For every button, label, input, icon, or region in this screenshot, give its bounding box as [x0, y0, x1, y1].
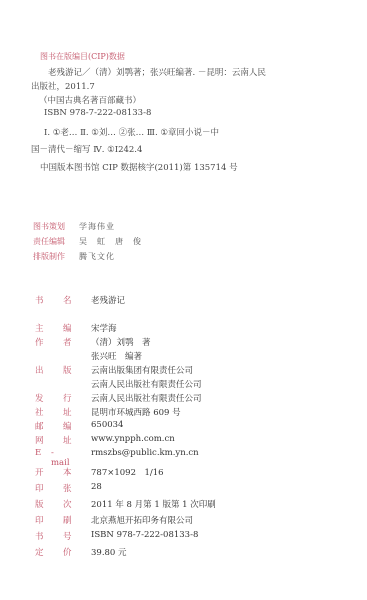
info-value: rmszbs@public.km.yn.cn	[91, 448, 199, 458]
info-value: ISBN 978-7-222-08133-8	[91, 530, 198, 540]
info-key: 价	[63, 546, 72, 558]
info-value: 宋学海	[91, 322, 117, 334]
cip-line: 中国版本图书馆 CIP 数据核字(2011)第 135714 号	[40, 161, 238, 173]
cip-line: 老残游记／（清）刘鹗著；张兴旺编著. －昆明：云南人民	[48, 66, 266, 78]
info-key: 编	[63, 322, 72, 334]
info-value: 28	[91, 482, 102, 492]
cip-line: 出版社，2011.7	[31, 80, 95, 92]
credit-row: 排版制作腾飞文化	[33, 251, 115, 262]
info-key: 网	[35, 434, 44, 446]
info-value: 787×1092 1/16	[91, 466, 164, 478]
credit-row: 图书策划学海伟业	[33, 221, 115, 232]
info-value: 张兴旺 编著	[91, 350, 142, 362]
info-key: 开	[35, 466, 44, 478]
credit-value: 腾飞文化	[79, 252, 115, 261]
credit-value: 学海伟业	[79, 222, 115, 231]
info-key: 社	[35, 406, 44, 418]
cip-title: 图书在版编目(CIP)数据	[40, 51, 125, 62]
credit-label: 责任编辑	[33, 236, 79, 247]
info-value: 650034	[91, 420, 123, 430]
info-value: 老残游记	[91, 294, 125, 306]
info-key: 主	[35, 322, 44, 334]
info-key: 定	[35, 546, 44, 558]
info-key: 名	[63, 294, 72, 306]
cip-line: Ⅰ. ①老… Ⅱ. ①刘… ②张… Ⅲ. ①章回小说－中	[44, 126, 219, 138]
info-key: - mail	[51, 448, 70, 468]
cip-line: 国－清代－缩写 Ⅳ. ①I242.4	[31, 143, 142, 155]
info-key: E	[35, 448, 41, 458]
info-value: 昆明市环城西路 609 号	[91, 406, 181, 418]
info-key: 书	[35, 530, 44, 542]
cip-line: （中国古典名著百部藏书）	[39, 94, 141, 106]
info-value: 39.80 元	[91, 546, 127, 558]
credit-row: 责任编辑吴 虹 唐 俊	[33, 236, 142, 247]
info-key: 次	[63, 498, 72, 510]
info-value: 云南人民出版社有限责任公司	[91, 392, 202, 404]
info-key: 本	[63, 466, 72, 478]
info-value: （清）刘鹗 著	[91, 336, 151, 348]
info-value: www.ynpph.com.cn	[91, 434, 175, 444]
info-key: 址	[63, 434, 72, 446]
info-key: 书	[35, 294, 44, 306]
credit-label: 排版制作	[33, 251, 79, 262]
info-value: 云南人民出版社有限责任公司	[91, 378, 202, 390]
credit-value: 吴 虹 唐 俊	[79, 237, 142, 246]
info-key: 编	[63, 420, 72, 432]
info-key: 印	[35, 482, 44, 494]
cip-line: ISBN 978-7-222-08133-8	[44, 108, 151, 118]
info-value: 云南出版集团有限责任公司	[91, 364, 193, 376]
info-key: 址	[63, 406, 72, 418]
info-key: 发	[35, 392, 44, 404]
info-value: 北京燕旭开拓印务有限公司	[91, 514, 193, 526]
info-key: 号	[63, 530, 72, 542]
info-key: 邮	[35, 420, 44, 432]
credit-label: 图书策划	[33, 221, 79, 232]
info-key: 印	[35, 514, 44, 526]
info-key: 出	[35, 364, 44, 376]
info-key: 张	[63, 482, 72, 494]
info-key: 行	[63, 392, 72, 404]
info-value: 2011 年 8 月第 1 版第 1 次印刷	[91, 498, 216, 510]
info-key: 版	[63, 364, 72, 376]
info-key: 作	[35, 336, 44, 348]
info-key: 者	[63, 336, 72, 348]
info-key: 刷	[63, 514, 72, 526]
info-key: 版	[35, 498, 44, 510]
